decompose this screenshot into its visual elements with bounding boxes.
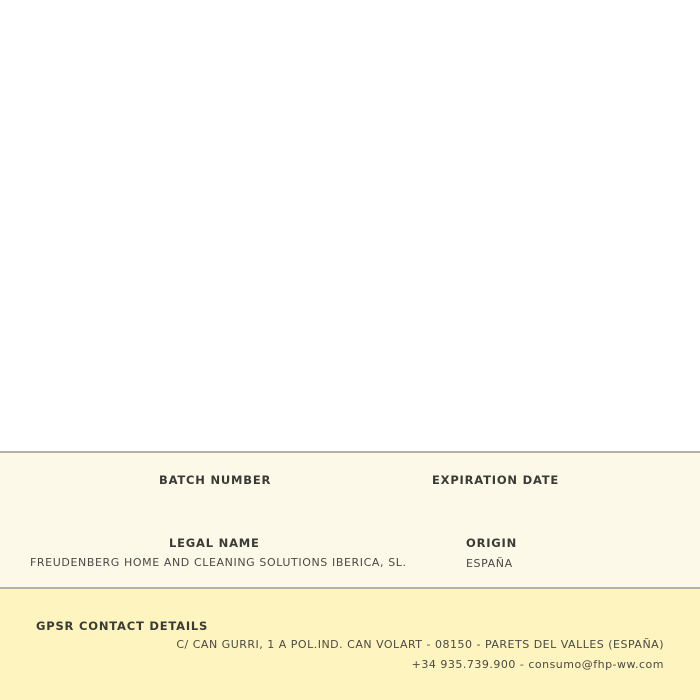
gpsr-phone-email: +34 935.739.900 - consumo@fhp-ww.com bbox=[412, 658, 664, 671]
gpsr-address: C/ CAN GURRI, 1 A POL.IND. CAN VOLART - … bbox=[176, 638, 664, 651]
legal-name-label: LEGAL NAME bbox=[169, 536, 260, 550]
origin-value: ESPAÑA bbox=[466, 557, 513, 570]
origin-label: ORIGIN bbox=[466, 536, 517, 550]
legal-name-value: FREUDENBERG HOME AND CLEANING SOLUTIONS … bbox=[30, 556, 407, 569]
batch-number-label: BATCH NUMBER bbox=[159, 473, 271, 487]
gpsr-contact-label: GPSR CONTACT DETAILS bbox=[36, 619, 208, 633]
gpsr-contact-section: GPSR CONTACT DETAILS C/ CAN GURRI, 1 A P… bbox=[0, 589, 700, 700]
product-info-section: BATCH NUMBER EXPIRATION DATE LEGAL NAME … bbox=[0, 451, 700, 589]
expiration-date-label: EXPIRATION DATE bbox=[432, 473, 559, 487]
blank-area bbox=[0, 0, 700, 451]
